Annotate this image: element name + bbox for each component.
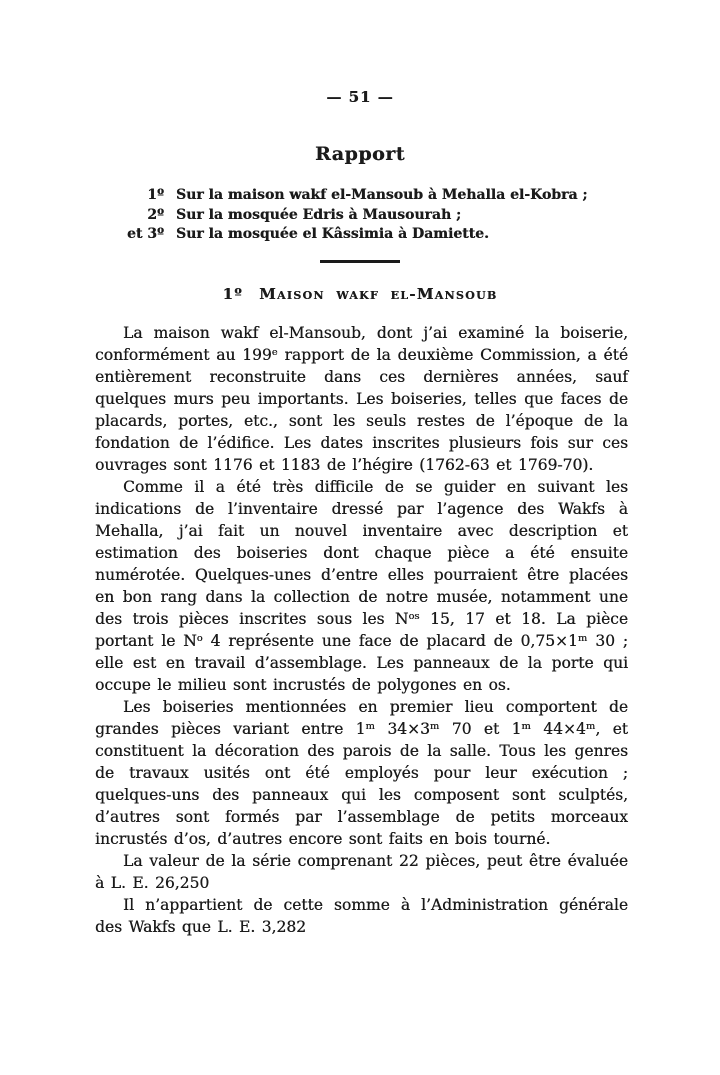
toc-item: 2º Sur la mosquée Edris à Mausourah ;: [118, 206, 588, 226]
paragraph: Comme il a été très difficile de se guid…: [95, 476, 628, 696]
paragraph: Il n’appartient de cette somme à l’Admin…: [95, 894, 628, 938]
report-title: Rapport: [0, 143, 720, 165]
paragraph: La maison wakf el-Mansoub, dont j’ai exa…: [95, 322, 628, 476]
toc-item-text: Sur la maison wakf el-Mansoub à Mehalla …: [176, 186, 588, 206]
page-number: — 51 —: [0, 88, 720, 106]
toc-item-text: Sur la mosquée Edris à Mausourah ;: [176, 206, 461, 226]
toc-item-number: et 3º: [118, 225, 164, 245]
toc-item: 1º Sur la maison wakf el-Mansoub à Mehal…: [118, 186, 588, 206]
divider-rule: [320, 260, 400, 263]
section-number: 1º: [223, 285, 244, 303]
paragraph: La valeur de la série comprenant 22 pièc…: [95, 850, 628, 894]
section-heading: 1ºMaison wakf el-Mansoub: [0, 285, 720, 303]
toc-item-number: 2º: [118, 206, 164, 226]
toc-item-text: Sur la mosquée el Kâssimia à Damiette.: [176, 225, 489, 245]
body-text: La maison wakf el-Mansoub, dont j’ai exa…: [95, 322, 628, 938]
toc-item-number: 1º: [118, 186, 164, 206]
section-title: Maison wakf el-Mansoub: [259, 285, 497, 303]
document-page: — 51 — Rapport 1º Sur la maison wakf el-…: [0, 0, 720, 1075]
paragraph: Les boiseries mentionnées en premier lie…: [95, 696, 628, 850]
toc-item: et 3º Sur la mosquée el Kâssimia à Damie…: [118, 225, 588, 245]
toc-list: 1º Sur la maison wakf el-Mansoub à Mehal…: [118, 186, 588, 245]
